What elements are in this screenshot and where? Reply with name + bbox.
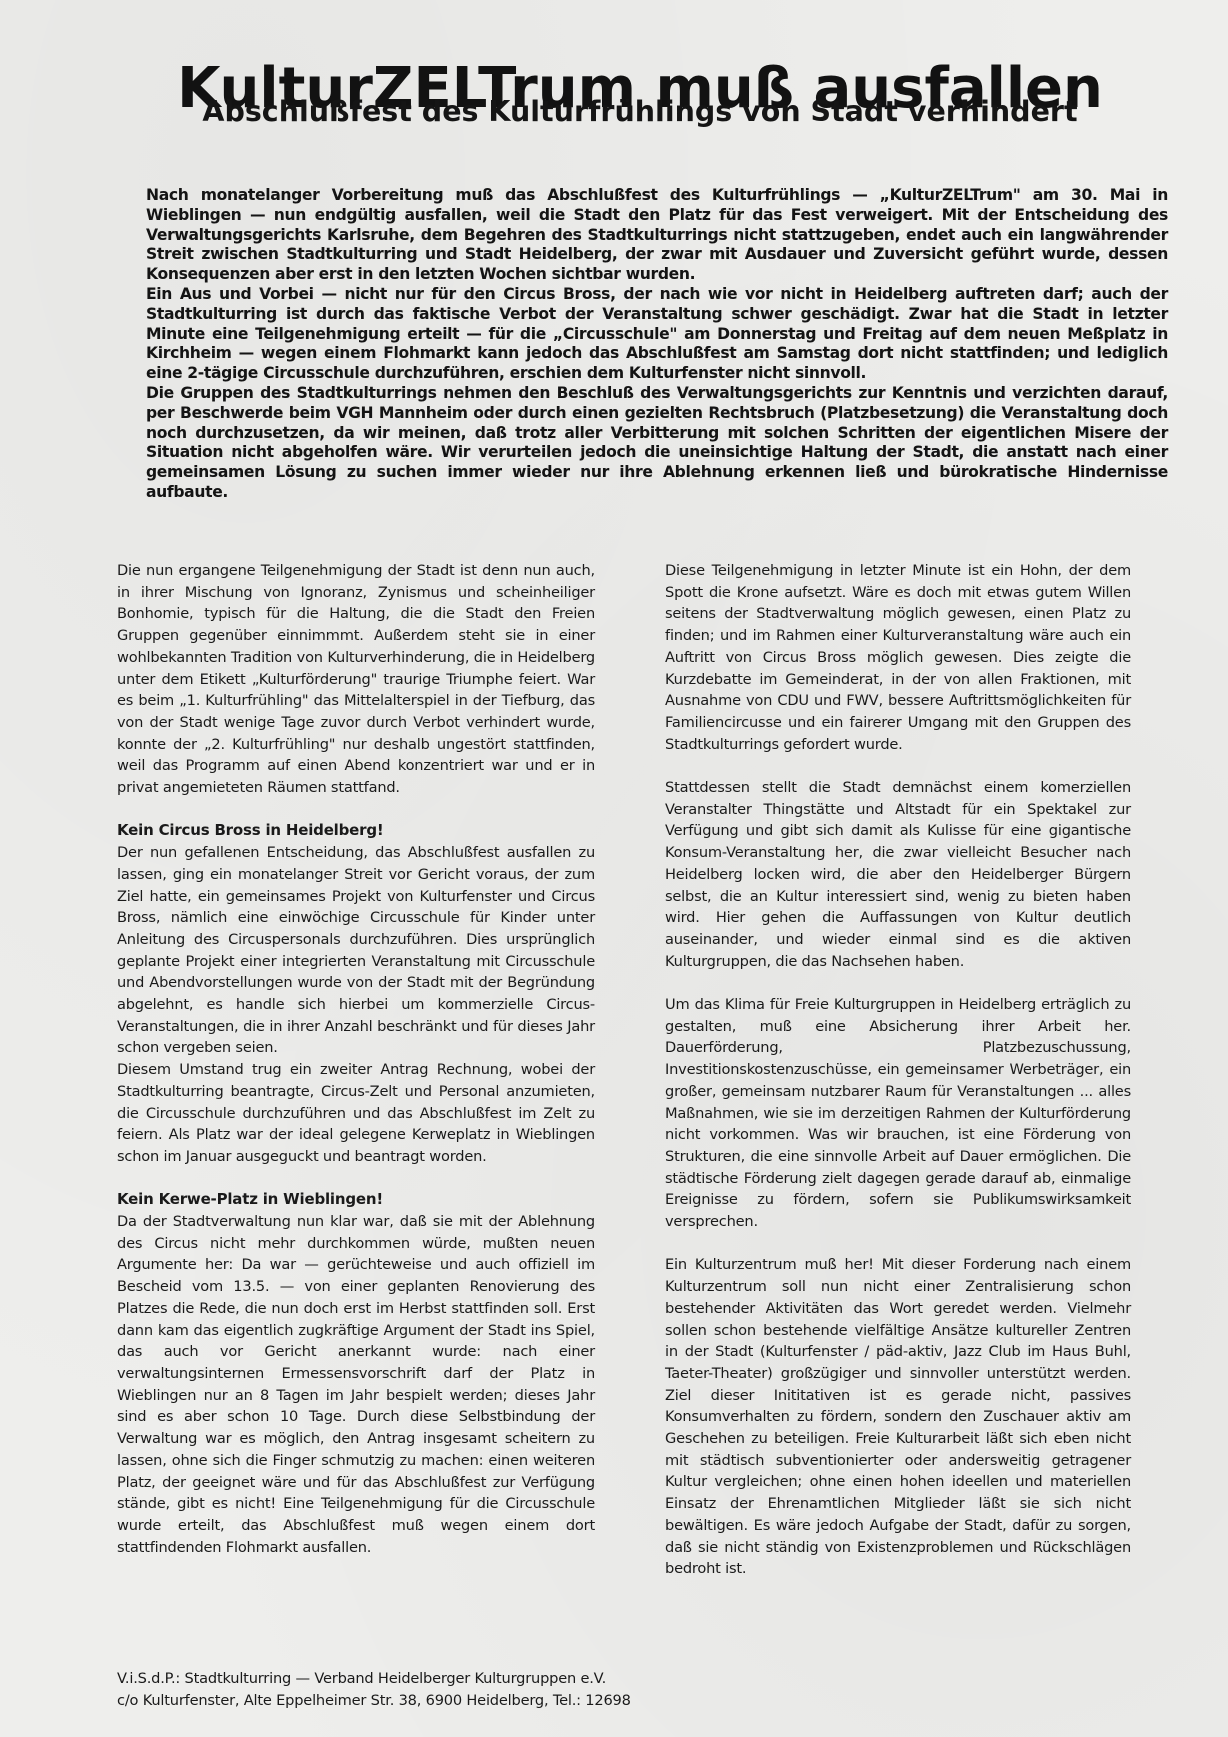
- body-paragraph: Um das Klima für Freie Kulturgruppen in …: [665, 994, 1131, 1233]
- section-kerwe-platz: Kein Kerwe-Platz in Wieblingen! Da der S…: [117, 1189, 595, 1558]
- imprint-address: c/o Kulturfenster, Alte Eppelheimer Str.…: [117, 1690, 817, 1712]
- section-circus-bross: Kein Circus Bross in Heidelberg! Der nun…: [117, 820, 595, 1167]
- body-paragraph: Diesem Umstand trug ein zweiter Antrag R…: [117, 1059, 595, 1168]
- body-paragraph: Diese Teilgenehmigung in letzter Minute …: [665, 560, 1131, 755]
- headline-subtitle: Abschlußfest des Kulturfrühlings von Sta…: [120, 92, 1160, 132]
- body-paragraph: Ein Kulturzentrum muß her! Mit dieser Fo…: [665, 1254, 1131, 1580]
- body-paragraph: Da der Stadtverwaltung nun klar war, daß…: [117, 1211, 595, 1558]
- imprint-line: V.i.S.d.P.: Stadtkulturring — Verband He…: [117, 1668, 817, 1690]
- flyer-page: KulturZELTrum muß ausfallen Abschlußfest…: [0, 0, 1228, 1737]
- section-heading: Kein Kerwe-Platz in Wieblingen!: [117, 1189, 595, 1211]
- imprint-footer: V.i.S.d.P.: Stadtkulturring — Verband He…: [117, 1668, 817, 1712]
- body-paragraph: Der nun gefallenen Entscheidung, das Abs…: [117, 842, 595, 1059]
- right-column: Diese Teilgenehmigung in letzter Minute …: [665, 560, 1131, 1602]
- left-column: Die nun ergangene Teilgenehmigung der St…: [117, 560, 595, 1580]
- lead-paragraph: Ein Aus und Vorbei — nicht nur für den C…: [146, 285, 1168, 384]
- lead-paragraph: Nach monatelanger Vorbereitung muß das A…: [146, 186, 1168, 285]
- lead-section: Nach monatelanger Vorbereitung muß das A…: [146, 186, 1168, 503]
- body-paragraph: Stattdessen stellt die Stadt demnächst e…: [665, 777, 1131, 972]
- section-heading: Kein Circus Bross in Heidelberg!: [117, 820, 595, 842]
- intro-paragraph: Die nun ergangene Teilgenehmigung der St…: [117, 560, 595, 799]
- lead-paragraph: Die Gruppen des Stadtkulturrings nehmen …: [146, 384, 1168, 503]
